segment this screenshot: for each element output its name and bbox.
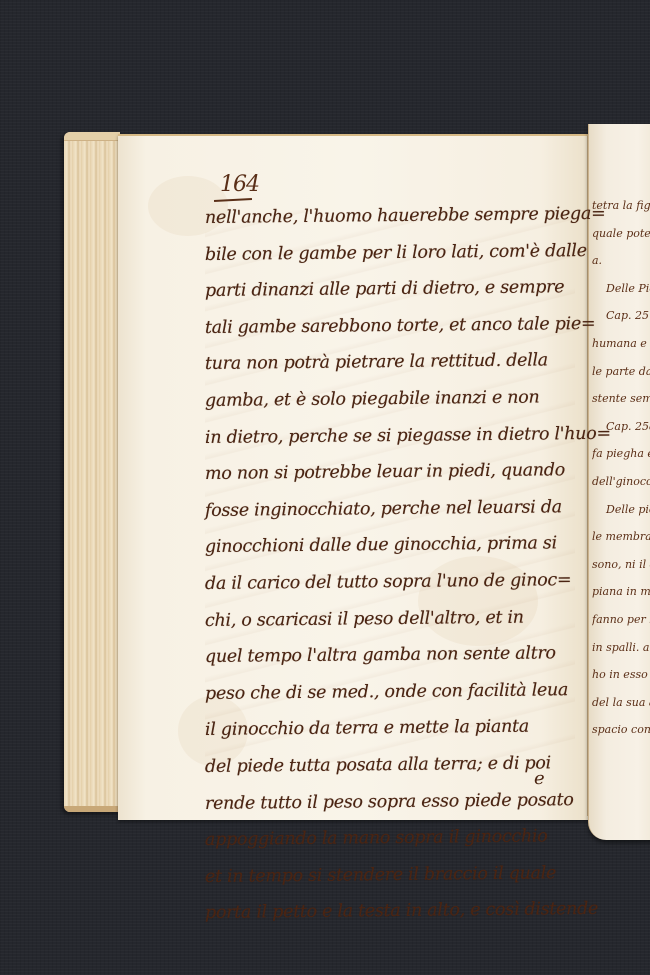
text-line: parti dinanzi alle parti di dietro, e se… xyxy=(205,269,585,310)
text-line: quel tempo l'altra gamba non sente altro xyxy=(205,635,585,676)
text-line: chi, o scaricasi il peso dell'altro, et … xyxy=(205,599,585,640)
manuscript-text: nell'anche, l'huomo hauerebbe sempre pie… xyxy=(205,198,585,930)
text-line: peso che di se med., onde con facilità l… xyxy=(205,672,585,713)
text-line: humana e piega xyxy=(592,330,650,358)
text-line: bile con le gambe per li loro lati, com'… xyxy=(205,233,585,274)
text-line: il ginocchio da terra e mette la pianta xyxy=(205,708,585,749)
text-line: piana in med. sempre xyxy=(592,578,650,606)
text-line: a. xyxy=(592,247,650,275)
text-line: porta il petto e la testa in alto, e cos… xyxy=(205,891,585,932)
text-line: del piede tutta posata alla terra; e di … xyxy=(205,745,585,786)
text-line: spacio con farsi xyxy=(592,716,650,744)
text-line: sono, ni il detto xyxy=(592,551,650,579)
chapter-heading: Delle pieghe de xyxy=(592,496,650,524)
text-line: ho in esso compa xyxy=(592,661,650,689)
page-fore-edge xyxy=(64,132,120,812)
text-line: rende tutto il peso sopra esso piede pos… xyxy=(205,782,585,823)
chapter-number: Cap. 257 xyxy=(592,302,650,330)
text-line: tali gambe sarebbono torte, et anco tale… xyxy=(205,306,585,347)
text-line: nell'anche, l'huomo hauerebbe sempre pie… xyxy=(205,196,585,237)
text-line: fosse inginocchiato, perche nel leuarsi … xyxy=(205,489,585,530)
text-line: ginocchioni dalle due ginocchia, prima s… xyxy=(205,525,585,566)
text-line: del la sua attione xyxy=(592,689,650,717)
text-line: gamba, et è solo piegabile inanzi e non xyxy=(205,379,585,420)
chapter-number: Cap. 258 xyxy=(592,413,650,441)
text-line: in spalli. alle la xyxy=(592,634,650,662)
page-number: 164 xyxy=(220,172,259,197)
text-line: et in tempo si stendere il braccio il qu… xyxy=(205,855,585,896)
right-page-text: tetra la figura e s' quale potesse inten… xyxy=(592,192,650,744)
text-line: da il carico del tutto sopra l'uno de gi… xyxy=(205,562,585,603)
text-line: tetra la figura e s' xyxy=(592,192,650,220)
text-line: appoggiando la mano sopra il ginocchio xyxy=(205,818,585,859)
text-line: fa piegha e s'alza xyxy=(592,440,650,468)
chapter-heading: Delle Pieghe dalle xyxy=(592,275,650,303)
catchword: e xyxy=(534,768,545,789)
text-line: dell'ginocchio o xyxy=(592,468,650,496)
text-line: le parte da tali e xyxy=(592,358,650,386)
text-line: quale potesse intende xyxy=(592,220,650,248)
text-line: fanno per li moti xyxy=(592,606,650,634)
text-line: in dietro, perche se si piegasse in diet… xyxy=(205,416,585,457)
text-line: stente semplice xyxy=(592,385,650,413)
text-line: tura non potrà pietrare la rettitud. del… xyxy=(205,342,585,383)
book-spread: 164 nell'anche, l'huomo hauerebbe sempre… xyxy=(0,0,650,975)
text-line: mo non si potrebbe leuar in piedi, quand… xyxy=(205,452,585,493)
text-line: le membra e loro xyxy=(592,523,650,551)
